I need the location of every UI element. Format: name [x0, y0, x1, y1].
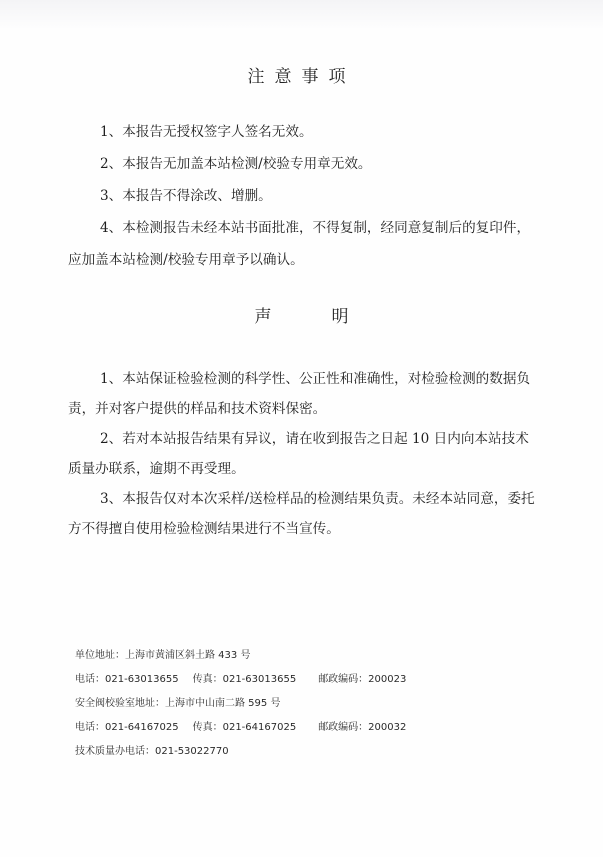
statement-item: 3、本报告仅对本次采样/送检样品的检测结果负责。未经本站同意，委托方不得擅自使用… — [68, 484, 538, 544]
quality-office-phone: 技术质量办电话：021-53022770 — [75, 740, 406, 764]
statement-item: 1、本站保证检验检测的科学性、公正性和准确性，对检验检测的数据负责，并对客户提供… — [68, 364, 538, 424]
notice-list: 1、本报告无授权签字人签名无效。 2、本报告无加盖本站检测/校验专用章无效。 3… — [68, 116, 538, 276]
scan-edge-shading — [0, 0, 603, 30]
statement-item: 2、若对本站报告结果有异议，请在收到报告之日起 10 日内向本站技术质量办联系，… — [68, 424, 538, 484]
lab-postcode: 邮政编码：200032 — [318, 722, 406, 733]
statement-title-right: 明 — [332, 302, 349, 327]
unit-postcode: 邮政编码：200023 — [318, 674, 406, 685]
notice-title: 注意事项 — [0, 62, 603, 87]
unit-contact-line: 电话：021-63013655传真：021-63013655邮政编码：20002… — [75, 668, 406, 692]
notice-item: 2、本报告无加盖本站检测/校验专用章无效。 — [68, 148, 538, 180]
unit-address: 单位地址：上海市黄浦区斜土路 433 号 — [75, 644, 406, 668]
notice-item: 1、本报告无授权签字人签名无效。 — [68, 116, 538, 148]
statement-title: 声明 — [0, 302, 603, 327]
statement-title-left: 声 — [255, 302, 272, 327]
lab-contact-line: 电话：021-64167025传真：021-64167025邮政编码：20003… — [75, 716, 406, 740]
unit-phone: 电话：021-63013655 — [75, 674, 179, 685]
document-page: 注意事项 1、本报告无授权签字人签名无效。 2、本报告无加盖本站检测/校验专用章… — [0, 0, 603, 857]
lab-address: 安全阀校验室地址：上海市中山南二路 595 号 — [75, 692, 406, 716]
unit-fax: 传真：021-63013655 — [193, 674, 297, 685]
notice-item: 4、本检测报告未经本站书面批准，不得复制，经同意复制后的复印件，应加盖本站检测/… — [68, 212, 538, 276]
notice-item: 3、本报告不得涂改、增删。 — [68, 180, 538, 212]
lab-fax: 传真：021-64167025 — [193, 722, 297, 733]
statement-list: 1、本站保证检验检测的科学性、公正性和准确性，对检验检测的数据负责，并对客户提供… — [68, 364, 538, 544]
contact-block: 单位地址：上海市黄浦区斜土路 433 号 电话：021-63013655传真：0… — [75, 644, 406, 764]
lab-phone: 电话：021-64167025 — [75, 722, 179, 733]
